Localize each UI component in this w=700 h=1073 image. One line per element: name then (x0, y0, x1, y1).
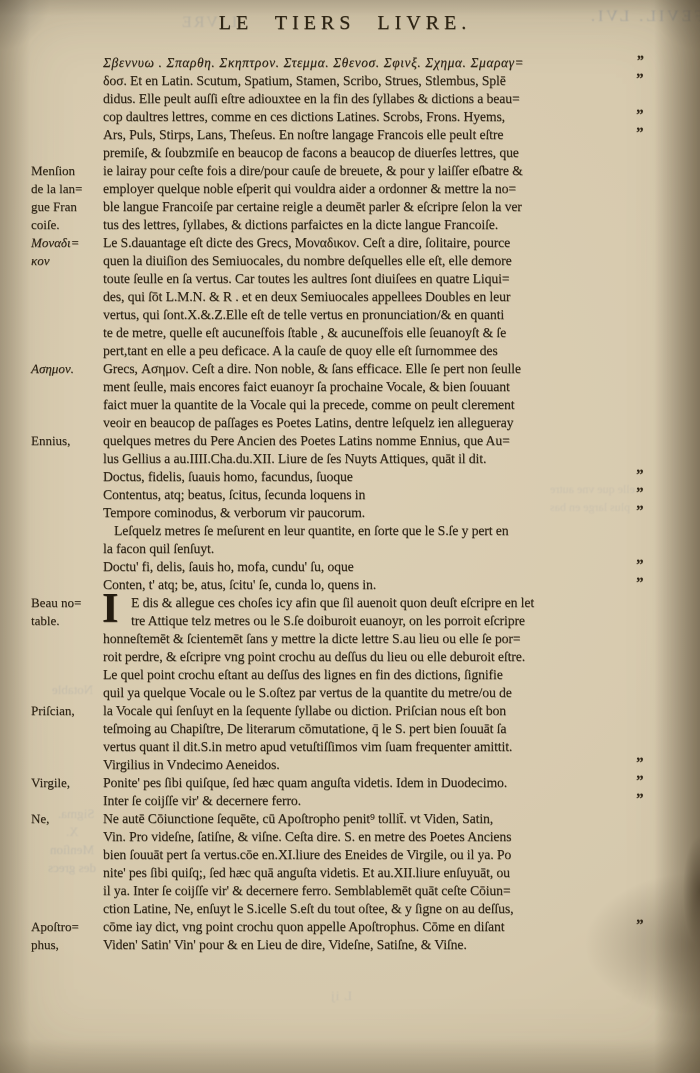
text-line-content: Le S.dauantage eſt dicte des Grecs, Μονα… (103, 235, 510, 250)
text-line: ble langue Francoiſe par certaine reigle… (103, 198, 643, 216)
text-line-content: honneſtemēt & ſcientemēt ſans y mettre l… (103, 631, 520, 646)
text-line: Viden' Satin' Vin' pour & en Lieu de dir… (103, 936, 643, 954)
text-line-content: tus des lettres, ſyllabes, & dictions pa… (103, 217, 498, 232)
text-line-content: Le quel point crochu eſtant au deſſus de… (103, 667, 503, 682)
text-line-content: Virgilius in Vndecimo Aeneidos. (103, 757, 280, 772)
margin-quote-mark: ” (636, 790, 643, 808)
text-line: premiſe, & ſoubzmiſe en beaucop de facon… (103, 144, 643, 162)
text-line-content: teſmoing au Chapiſtre, De literarum cōmu… (103, 721, 506, 736)
page-title: LE TIERS LIVRE. (75, 12, 615, 38)
text-line: roit perdre, & eſcripre vng point crochu… (103, 648, 643, 666)
text-line-content: Ne autē Cōiunctione ſequēte, cū Apoſtrop… (103, 811, 493, 826)
text-line: te de metre, quelle eſt aucuneſfois ſtab… (103, 324, 643, 342)
margin-note-line: phus, (31, 936, 101, 954)
text-line-content: Inter ſe coijſſe vir' & decernere ferro. (103, 793, 301, 808)
text-line: cōme iay dict, vng point crochu quon app… (103, 918, 643, 936)
margin-note-line: Apoſtro= (31, 918, 101, 936)
text-line-content: Doctu' fi, delis, ſauis ho, mofa, cundu'… (103, 559, 354, 574)
text-line-content: Conten, t' atq; be, atus, ſcitu' ſe, cun… (103, 577, 376, 592)
text-line-content: Ars, Puls, Stirps, Lans, Theſeus. En noſ… (103, 127, 503, 142)
text-line: Inter ſe coijſſe vir' & decernere ferro.… (103, 792, 643, 810)
text-line: ment ſeulle, mais encores faict euanoyr … (103, 378, 643, 396)
margin-note: Priſcian, (31, 702, 101, 720)
text-line-content: δοσ. Et en Latin. Scutum, Spatium, Stame… (103, 73, 506, 88)
text-line: teſmoing au Chapiſtre, De literarum cōmu… (103, 720, 643, 738)
text-line-content: il ya. Inter ſe coijſſe vir' & decernere… (103, 883, 511, 898)
margin-quote-mark: ” (636, 556, 643, 574)
text-line: ie lairay pour ceſte fois a dire/pour ca… (103, 162, 643, 180)
text-line-content: ble langue Francoiſe par certaine reigle… (103, 199, 522, 214)
text-line: δοσ. Et en Latin. Scutum, Spatium, Stame… (103, 72, 643, 90)
text-line: quelques metres du Pere Ancien des Poete… (103, 432, 643, 450)
text-line-content: ie lairay pour ceſte fois a dire/pour ca… (103, 163, 523, 178)
text-line-content: pert,tant en elle a peu deficace. A la c… (103, 343, 498, 358)
text-line: nite' pes ſibi quiſq;, ſed hæc quā anguſ… (103, 864, 643, 882)
margin-quote-mark: ” (636, 574, 643, 592)
text-line: Ponite' pes ſibi quiſque, ſed hæc quam a… (103, 774, 643, 792)
text-line-content: des, qui ſōt L.M.N. & R . et en deux Sem… (103, 289, 510, 304)
margin-note: Virgile, (31, 774, 101, 792)
margin-quote-mark: ” (636, 754, 643, 772)
text-line: E dis & allegue ces choſes icy afin que … (103, 594, 643, 612)
bleedthrough-text: L ij (330, 988, 352, 1004)
text-line-content: veoir en beaucop de paſſages es Poetes L… (103, 415, 513, 430)
text-line-content: lus Gellius a au.IIII.Cha.du.XII. Liure … (103, 451, 486, 466)
text-line-content: cop daultres lettres, comme en ces dicti… (103, 109, 505, 124)
text-line-content: Viden' Satin' Vin' pour & en Lieu de dir… (103, 937, 467, 952)
text-line-content: bien ſouuāt pert ſa vertus.cōe en.XI.liu… (103, 847, 511, 862)
margin-note-line: Ennius, (31, 432, 101, 450)
margin-note-line: κον (31, 252, 101, 270)
margin-note-line: coiſe. (31, 216, 101, 234)
text-line: Leſquelz metres ſe meſurent en leur quan… (103, 522, 643, 540)
text-line-content: te de metre, quelle eſt aucuneſfois ſtab… (103, 325, 506, 340)
text-line: Vin. Pro videſne, ſatiſne, & viſne. Ceſt… (103, 828, 643, 846)
text-line-content: ction Latine, Ne, enſuyt le S.icelle S.e… (103, 901, 513, 916)
text-line-content: Leſquelz metres ſe meſurent en leur quan… (114, 523, 509, 538)
text-line: tus des lettres, ſyllabes, & dictions pa… (103, 216, 643, 234)
margin-note: Menſionde la lan=gue Francoiſe. (31, 162, 101, 234)
text-line: Ars, Puls, Stirps, Lans, Theſeus. En noſ… (103, 126, 643, 144)
margin-note-line: Virgile, (31, 774, 101, 792)
margin-note-line: Priſcian, (31, 702, 101, 720)
text-line-content: cōme iay dict, vng point crochu quon app… (103, 919, 504, 934)
text-line-content: faict muer la quantite de la Vocale qui … (103, 397, 514, 412)
text-line: Le S.dauantage eſt dicte des Grecs, Μονα… (103, 234, 643, 252)
bleedthrough-text: Menſion (50, 842, 94, 858)
text-line: Le quel point crochu eſtant au deſſus de… (103, 666, 643, 684)
margin-note-line: de la lan= (31, 180, 101, 198)
margin-quote-mark: ” (636, 484, 643, 502)
margin-note-line: Ne, (31, 810, 101, 828)
margin-note: Beau no=table. (31, 594, 101, 630)
margin-note-line: Menſion (31, 162, 101, 180)
margin-quote-mark: ” (636, 466, 643, 484)
text-block: Σβεννυω . Σπαρθη. Σκηπτρον. Στεμμα. Σθεν… (103, 54, 643, 954)
text-line: Conten, t' atq; be, atus, ſcitu' ſe, cun… (103, 576, 643, 594)
text-line: la Vocale qui ſenſuyt en la ſequente ſyl… (103, 702, 643, 720)
margin-note-line: Beau no= (31, 594, 101, 612)
text-line: bien ſouuāt pert ſa vertus.cōe en.XI.liu… (103, 846, 643, 864)
bleedthrough-text: des grecs (48, 860, 96, 876)
text-line-content: Contentus, atq; beatus, ſcitus, ſecunda … (103, 487, 365, 502)
text-line: Grecs, Ασημον. Ceſt a dire. Non noble, &… (103, 360, 643, 378)
margin-quote-mark: ” (636, 502, 643, 520)
text-line: quil ya quelque Vocale ou le S.oſtez par… (103, 684, 643, 702)
margin-quote-mark: ” (636, 106, 643, 124)
book-page-scan: FEVIL. LVI.LIVREelle que vne autreplus l… (0, 0, 700, 1073)
text-line: la facon quil ſenſuyt. (103, 540, 643, 558)
margin-note: Ασημον. (31, 360, 101, 378)
text-line: Ne autē Cōiunctione ſequēte, cū Apoſtrop… (103, 810, 643, 828)
text-line-content: employer quelque noble eſperit qui vould… (103, 181, 516, 196)
text-line: Tempore cominodus, & verborum vir paucor… (103, 504, 643, 522)
text-line-content: la Vocale qui ſenſuyt en la ſequente ſyl… (103, 703, 506, 718)
text-line: pert,tant en elle a peu deficace. A la c… (103, 342, 643, 360)
text-line: vertus quant il dit.S.in metro apud vetu… (103, 738, 643, 756)
text-line-content: nite' pes ſibi quiſq;, ſed hæc quā anguſ… (103, 865, 510, 880)
text-line: veoir en beaucop de paſſages es Poetes L… (103, 414, 643, 432)
text-line: tre Attique telz metres ou le S.ſe doibu… (103, 612, 643, 630)
margin-quote-mark: ” (636, 52, 643, 70)
margin-quote-mark: ” (636, 772, 643, 790)
text-line-content: la facon quil ſenſuyt. (103, 541, 214, 556)
text-line: ction Latine, Ne, enſuyt le S.icelle S.e… (103, 900, 643, 918)
text-line-content: Grecs, Ασημον. Ceſt a dire. Non noble, &… (103, 361, 521, 376)
text-line-content: tre Attique telz metres ou le S.ſe doibu… (131, 613, 525, 628)
text-line-content: Ponite' pes ſibi quiſque, ſed hæc quam a… (103, 775, 507, 790)
text-line: Doctus, fidelis, ſuauis homo, facundus, … (103, 468, 643, 486)
margin-note-line: Μοναδι= (31, 234, 101, 252)
text-line: Virgilius in Vndecimo Aeneidos.” (103, 756, 643, 774)
text-line: Σβεννυω . Σπαρθη. Σκηπτρον. Στεμμα. Σθεν… (103, 54, 643, 72)
text-line: faict muer la quantite de la Vocale qui … (103, 396, 643, 414)
text-line: toute ſeulle en ſa vertus. Car toutes le… (103, 270, 643, 288)
margin-quote-mark: ” (636, 124, 643, 142)
text-line-content: ment ſeulle, mais encores faict euanoyr … (103, 379, 510, 394)
text-line: quen la diuiſion des Semiuocales, du nom… (103, 252, 643, 270)
text-line-content: quen la diuiſion des Semiuocales, du nom… (103, 253, 512, 268)
text-line: didus. Elle peult auſſi eſtre adiouxtee … (103, 90, 643, 108)
text-line-content: roit perdre, & eſcripre vng point crochu… (103, 649, 525, 664)
text-line-content: toute ſeulle en ſa vertus. Car toutes le… (103, 271, 509, 286)
drop-cap-initial: I (102, 591, 118, 627)
text-line: lus Gellius a au.IIII.Cha.du.XII. Liure … (103, 450, 643, 468)
text-line: honneſtemēt & ſcientemēt ſans y mettre l… (103, 630, 643, 648)
margin-note: Μοναδι=κον (31, 234, 101, 270)
bleedthrough-text: Notable (52, 682, 93, 698)
margin-note-line: gue Fran (31, 198, 101, 216)
text-line: Contentus, atq; beatus, ſcitus, ſecunda … (103, 486, 643, 504)
text-line-content: Tempore cominodus, & verborum vir paucor… (103, 505, 365, 520)
margin-note: Apoſtro=phus, (31, 918, 101, 954)
margin-note: Ennius, (31, 432, 101, 450)
margin-note: Ne, (31, 810, 101, 828)
text-line-content: quil ya quelque Vocale ou le S.oſtez par… (103, 685, 512, 700)
text-line-content: premiſe, & ſoubzmiſe en beaucop de facon… (103, 145, 519, 160)
text-line-content: didus. Elle peult auſſi eſtre adiouxtee … (103, 91, 520, 106)
text-line: employer quelque noble eſperit qui vould… (103, 180, 643, 198)
text-line-content: E dis & allegue ces choſes icy afin que … (131, 595, 534, 610)
text-line: Doctu' fi, delis, ſauis ho, mofa, cundu'… (103, 558, 643, 576)
text-line-content: Doctus, fidelis, ſuauis homo, facundus, … (103, 469, 353, 484)
margin-note-line: Ασημον. (31, 360, 101, 378)
text-line: vertus, qui ſont.X.&.Z.Elle eſt de telle… (103, 306, 643, 324)
margin-quote-mark: ” (636, 916, 643, 934)
text-line-content: Σβεννυω . Σπαρθη. Σκηπτρον. Στεμμα. Σθεν… (103, 55, 524, 70)
text-line-content: vertus, qui ſont.X.&.Z.Elle eſt de telle… (103, 307, 504, 322)
text-line-content: quelques metres du Pere Ancien des Poete… (103, 433, 510, 448)
text-line: des, qui ſōt L.M.N. & R . et en deux Sem… (103, 288, 643, 306)
text-line: cop daultres lettres, comme en ces dicti… (103, 108, 643, 126)
text-line: il ya. Inter ſe coijſſe vir' & decernere… (103, 882, 643, 900)
margin-quote-mark: ” (636, 70, 643, 88)
text-line-content: Vin. Pro videſne, ſatiſne, & viſne. Ceſt… (103, 829, 511, 844)
text-line-content: vertus quant il dit.S.in metro apud vetu… (103, 739, 512, 754)
margin-note-line: table. (31, 612, 101, 630)
